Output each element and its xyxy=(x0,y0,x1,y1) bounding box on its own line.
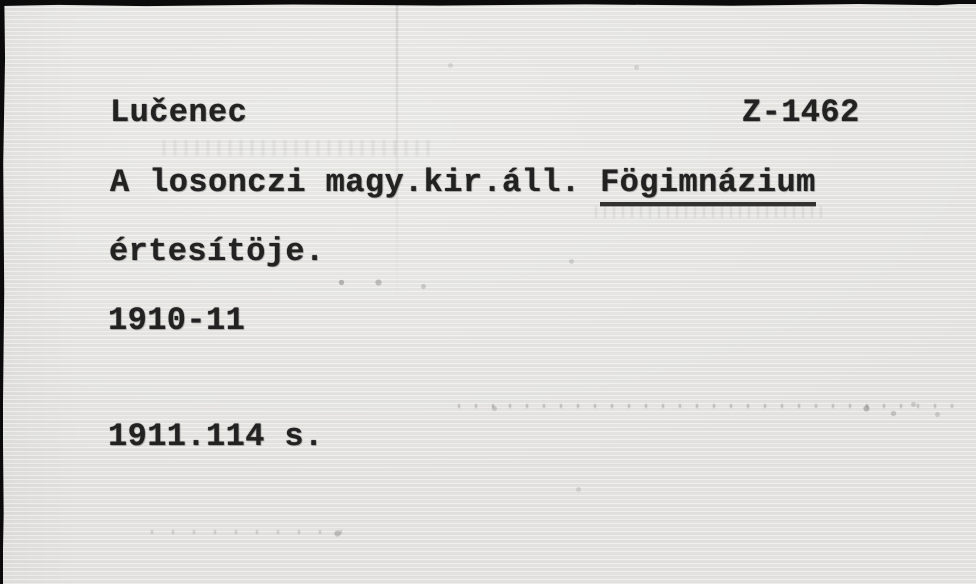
catalog-card: Lučenec Z-1462 A losonczi magy.kir.áll. … xyxy=(3,4,976,584)
city-heading: Lučenec xyxy=(110,96,247,130)
paper-smudge xyxy=(163,140,433,156)
scan-background: Lučenec Z-1462 A losonczi magy.kir.áll. … xyxy=(0,0,976,584)
year-range: 1910-11 xyxy=(108,304,245,338)
title-second-line: értesítöje. xyxy=(109,235,325,269)
call-number: Z-1462 xyxy=(742,96,860,130)
paper-speck-row xyxy=(458,404,963,408)
title-prefix: A losonczi magy.kir.áll. xyxy=(110,164,600,201)
paper-speck-row xyxy=(151,530,346,534)
citation-note: 1911.114 s. xyxy=(108,420,324,454)
title-line: A losonczi magy.kir.áll. Fögimnázium xyxy=(110,166,816,200)
paper-smudge xyxy=(595,206,827,218)
title-underlined-word: Fögimnázium xyxy=(600,164,816,206)
